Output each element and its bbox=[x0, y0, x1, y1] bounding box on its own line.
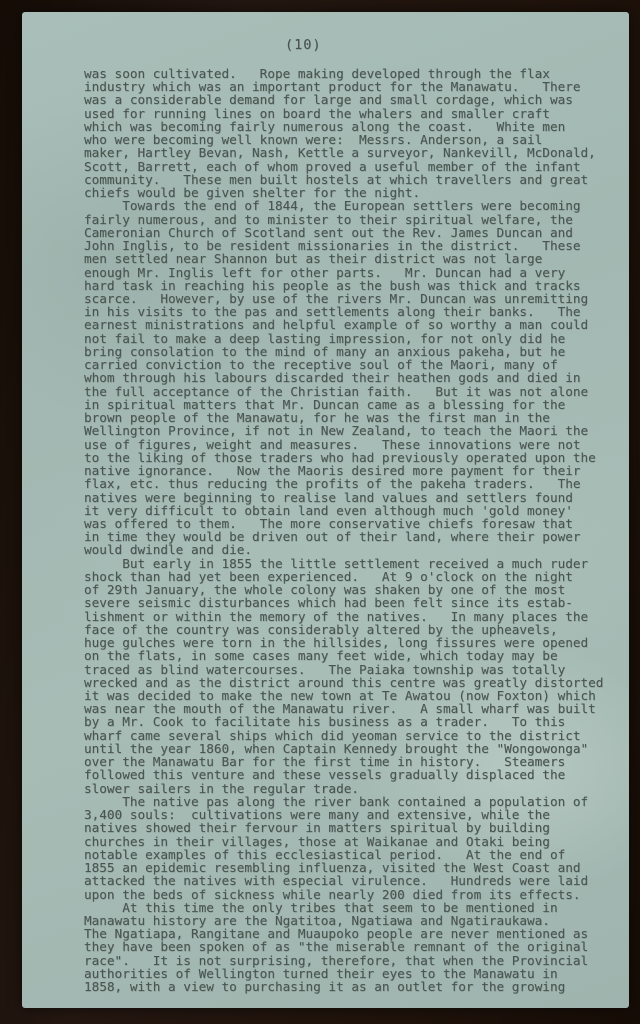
document-page: (10) was soon cultivated. Rope making de… bbox=[22, 12, 629, 1008]
body-text: was soon cultivated. Rope making develop… bbox=[84, 67, 629, 993]
scanned-document: (10) was soon cultivated. Rope making de… bbox=[0, 0, 640, 1024]
page-number: (10) bbox=[285, 38, 365, 52]
